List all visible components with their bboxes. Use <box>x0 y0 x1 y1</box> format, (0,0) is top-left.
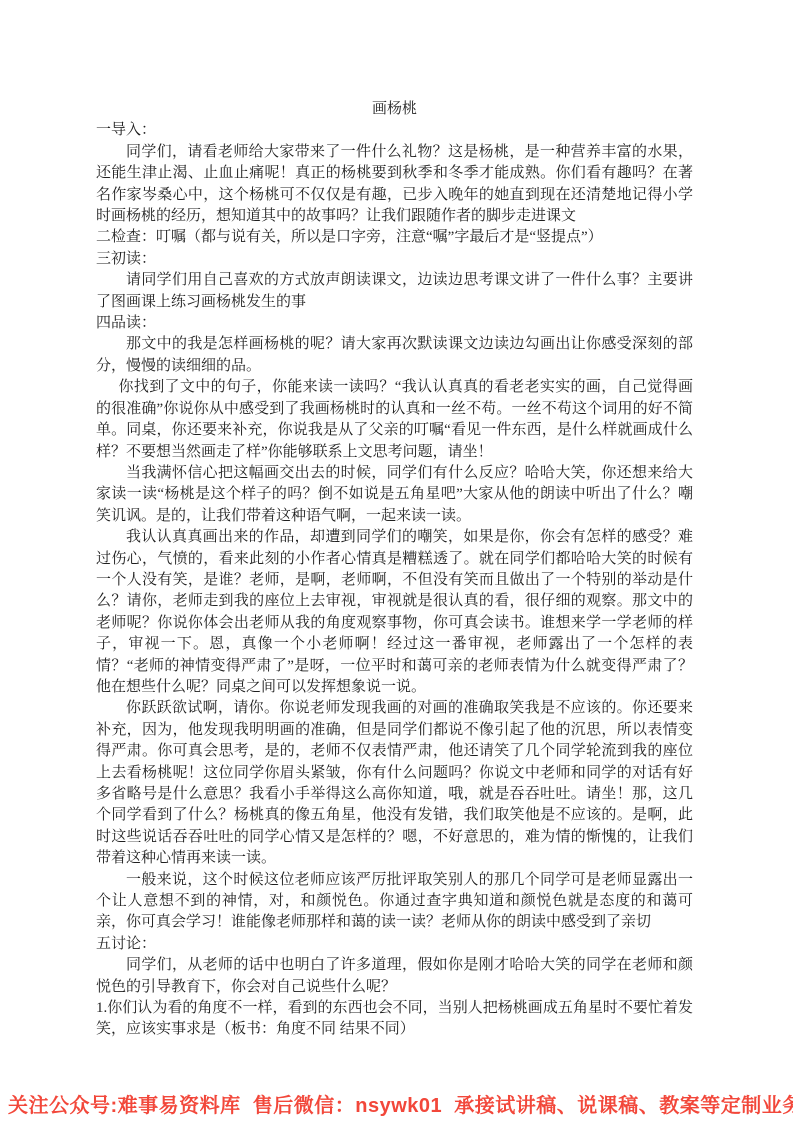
paragraph-generally-speaking: 一般来说，这个时候这位老师应该严厉批评取笑别人的那几个同学可是老师显露出一个让人… <box>96 870 693 934</box>
footer-promo-banner: 关注公众号:难事易资料库 售后微信：nsywk01 承接试讲稿、说课稿、教案等定… <box>0 1093 793 1119</box>
document-title: 画杨桃 <box>96 99 693 120</box>
page: 画杨桃 一导入： 同学们，请看老师给大家带来了一件什么礼物？这是杨桃，是一种营养… <box>0 0 793 1122</box>
document-content: 画杨桃 一导入： 同学们，请看老师给大家带来了一件什么礼物？这是杨桃，是一种营养… <box>96 99 693 1041</box>
paragraph-intro: 同学们，请看老师给大家带来了一件什么礼物？这是杨桃，是一种营养丰富的水果，还能生… <box>96 142 693 228</box>
paragraph-first-read: 请同学们用自己喜欢的方式放声朗读课文，边读边思考课文讲了一件什么事？主要讲了图画… <box>96 270 693 313</box>
section-heading-discussion: 五讨论： <box>96 934 693 955</box>
paragraph-found-sentence: 你找到了文中的句子，你能来读一读吗？“我认认真真的看老老实实的画，自己觉得画的很… <box>96 377 693 463</box>
section-heading-taste-read: 四品读： <box>96 313 693 334</box>
paragraph-discussion: 同学们，从老师的话中也明白了许多道理，假如你是刚才哈哈大笑的同学在老师和颜悦色的… <box>96 955 693 998</box>
section-heading-check: 二检查：叮嘱（都与说有关，所以是口字旁，注意“嘱”字最后才是“竖提点”） <box>96 227 693 248</box>
section-heading-import: 一导入： <box>96 120 693 141</box>
section-heading-first-read: 三初读： <box>96 249 693 270</box>
paragraph-eager-to-try: 你跃跃欲试啊，请你。你说老师发现我画的对画的准确取笑我是不应该的。你还要来补充，… <box>96 698 693 869</box>
paragraph-hand-in-picture: 当我满怀信心把这幅画交出去的时候，同学们有什么反应？哈哈大笑，你还想来给大家读一… <box>96 463 693 527</box>
paragraph-teacher-reaction: 我认认真真画出来的作品，却遭到同学们的嘲笑，如果是你，你会有怎样的感受？难过伤心… <box>96 527 693 698</box>
paragraph-taste-read-intro: 那文中的我是怎样画杨桃的呢？请大家再次默读课文边读边勾画出让你感受深刻的部分，慢… <box>96 334 693 377</box>
paragraph-point-1: 1.你们认为看的角度不一样，看到的东西也会不同，当别人把杨桃画成五角星时不要忙着… <box>96 998 693 1041</box>
